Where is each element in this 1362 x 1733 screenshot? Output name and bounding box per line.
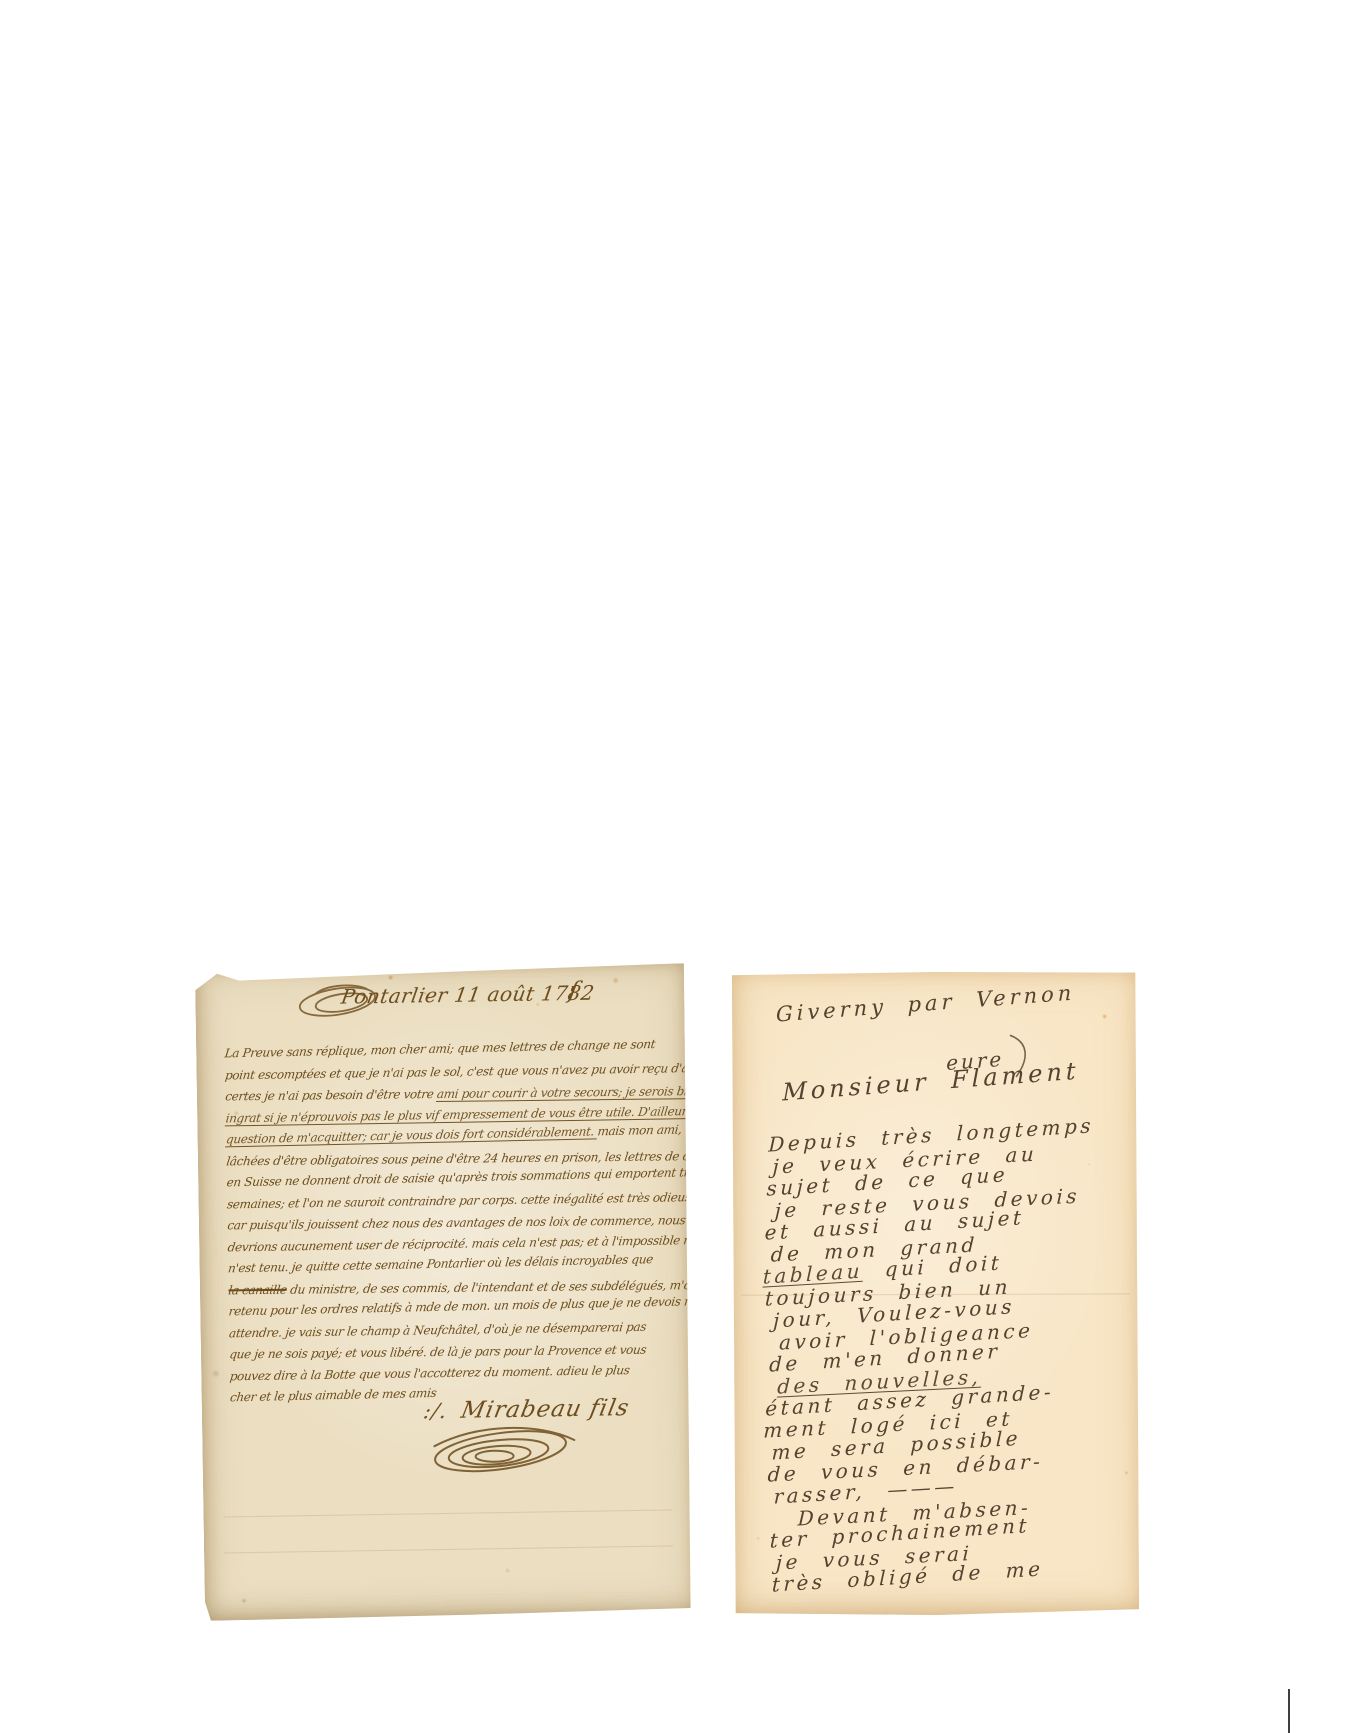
manuscript-letter-left: Pontarlier 11 août 1782 ſ La Preuve sans…: [195, 963, 694, 1621]
salutation: Monsieur Flament: [782, 1057, 1079, 1107]
manuscript-letter-right: Giverny par Vernon eure Monsieur Flament…: [732, 971, 1139, 1615]
closing-mark: :/.: [422, 1399, 451, 1423]
paper-crease: [224, 1545, 674, 1553]
dateline: Pontarlier 11 août 1782: [339, 981, 596, 1009]
signature: Mirabeau fils: [459, 1395, 632, 1424]
letter-body: La Preuve sans réplique, mon cher ami; q…: [224, 1039, 685, 1412]
address-line-1: Giverny par Vernon: [776, 981, 1075, 1027]
signature-row: :/. Mirabeau fils: [421, 1395, 631, 1424]
letter-body: Depuis très longtempsje veux écrire ausu…: [762, 1131, 1139, 1594]
page-edge-mark: [1288, 1689, 1290, 1733]
paper-crease: [223, 1509, 673, 1517]
signature-paraph-icon: [428, 1424, 579, 1482]
